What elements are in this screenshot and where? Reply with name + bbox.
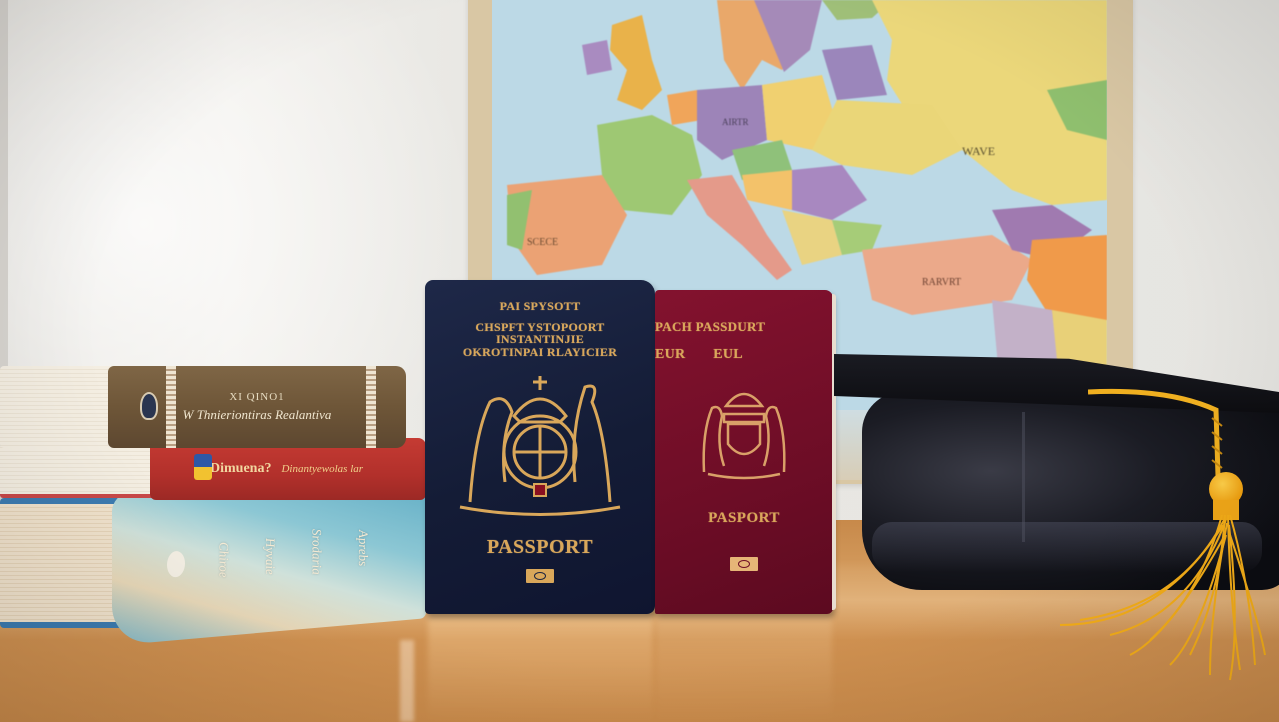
book-pages (0, 444, 160, 498)
map-label: AIRTR (722, 117, 748, 127)
passport-title: PASSPORT (487, 536, 593, 559)
blue-passport-reflection (428, 612, 653, 722)
publisher-logo-icon (194, 454, 212, 480)
biometric-chip-icon (526, 569, 554, 583)
book-spine-brand: Dimuena? (210, 461, 271, 477)
spine-band (366, 366, 376, 448)
map-label: RARVRT (922, 277, 961, 288)
book-pages (0, 498, 130, 628)
biometric-chip-icon (730, 557, 758, 571)
book-pages (0, 366, 118, 448)
book-spine-text: Srodaria (308, 528, 324, 575)
book-spine-text: Aprebs (355, 529, 371, 567)
red-passport-reflection (656, 612, 832, 722)
book-spine-brown: XI QINO1 W Thnieriontiras Realantiva (108, 366, 406, 448)
photo-scene: WAVE AIRTR SCECE RARVRT Chiroe Hyvaie Sr… (0, 0, 1279, 722)
blue-passport: PAI SPYSOTT CHSPFT YSTOPOORT INSTANTINJI… (425, 280, 655, 614)
book-emblem-icon (140, 392, 158, 420)
desk-light-streak (400, 640, 414, 722)
tassel-fringe-icon (1040, 515, 1270, 685)
coat-of-arms-icon (450, 372, 630, 522)
book-spine-top: XI QINO1 (229, 391, 284, 403)
passport-title: PASPORT (708, 510, 780, 527)
passport-subheader: EUR EUL (655, 348, 743, 363)
spine-band (166, 366, 176, 448)
passport-header: PAI SPYSOTT (500, 300, 581, 313)
passport-header: OKROTINPAI RLAYICIER (463, 346, 617, 359)
map-label: WAVE (962, 144, 995, 158)
passport-header: INSTANTINJIE (496, 333, 584, 346)
map-label: SCECE (527, 237, 558, 248)
book-spine-title: Dinantyewolas lar (281, 463, 363, 475)
passport-header: PACH PASSDURT (655, 320, 765, 334)
red-passport: PACH PASSDURT EUR EUL PASPORT (655, 290, 833, 614)
book-badge-icon (167, 550, 185, 578)
book-spine-title: W Thnieriontiras Realantiva (183, 407, 332, 423)
coat-of-arms-icon (694, 382, 794, 482)
book-spine-text: Hyvaie (262, 537, 278, 575)
book-spine-text: Chiroe (216, 541, 232, 578)
tassel-cord-icon (1088, 388, 1228, 478)
